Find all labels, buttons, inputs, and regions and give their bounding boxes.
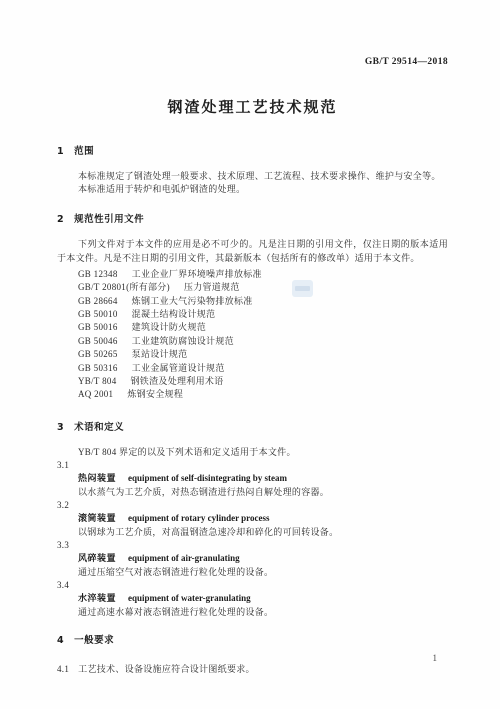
page-number: 1 [433,653,438,663]
term-name-zh: 热闷装置 [78,474,116,484]
reference-code: GB 12348 [78,269,118,279]
reference-code: YB/T 804 [78,376,117,386]
reference-item: AQ 2001炼钢安全规程 [78,388,448,401]
reference-list: GB 12348工业企业厂界环境噪声排放标准 GB/T 20801(所有部分)压… [57,268,448,402]
term-id: 3.1 [57,459,448,472]
reference-code: AQ 2001 [78,389,113,399]
term-name-line: 热闷装置equipment of self-disintegrating by … [57,472,448,486]
document-title: 钢渣处理工艺技术规范 [57,96,448,117]
reference-name: 炼钢安全规程 [127,389,183,399]
term-definition: 通过高速水幕对液态钢渣进行粒化处理的设备。 [57,606,448,619]
reference-code: GB 50316 [78,363,118,373]
term-name-zh: 滚筒装置 [78,514,116,524]
reference-item: GB 28664炼钢工业大气污染物排放标准 [78,295,448,308]
reference-code: GB 50046 [78,336,118,346]
reference-item: GB 50010混凝土结构设计规范 [78,308,448,321]
reference-code: GB 50016 [78,322,118,332]
term-definition: 以钢球为工艺介质，对高温钢渣急速冷却和碎化的可回转设备。 [57,526,448,539]
reference-item: GB/T 20801(所有部分)压力管道规范 [78,281,448,294]
document-page: GB/T 29514—2018 钢渣处理工艺技术规范 1范围 本标准规定了钢渣处… [0,0,500,709]
page-content: GB/T 29514—2018 钢渣处理工艺技术规范 1范围 本标准规定了钢渣处… [57,0,448,676]
section-heading-references: 2规范性引用文件 [57,211,448,225]
watermark-stamp-glyphs [295,286,310,291]
term-name-zh: 风碎装置 [78,554,116,564]
reference-name: 工业企业厂界环境噪声排放标准 [132,269,262,279]
term-id: 3.3 [57,539,448,552]
reference-item: YB/T 804钢铁渣及处理利用术语 [78,375,448,388]
scope-paragraph-2: 本标准适用于转炉和电弧炉钢渣的处理。 [57,183,448,196]
term-definition: 以水蒸气为工艺介质，对热态钢渣进行热闷自解处理的容器。 [57,486,448,499]
section-title: 术语和定义 [74,422,124,433]
standard-code: GB/T 29514—2018 [57,0,448,67]
section-number: 4 [57,635,64,646]
reference-item: GB 50016建筑设计防火规范 [78,321,448,334]
reference-name: 工业金属管道设计规范 [132,363,225,373]
section-number: 2 [57,214,64,225]
requirement-item: 4.1工艺技术、设备设施应符合设计图纸要求。 [57,663,448,676]
scope-paragraph-1: 本标准规定了钢渣处理一般要求、技术原理、工艺流程、技术要求操作、维护与安全等。 [57,170,448,183]
reference-item: GB 50046工业建筑防腐蚀设计规范 [78,335,448,348]
reference-name: 建筑设计防火规范 [132,322,206,332]
term-name-en: equipment of self-disintegrating by stea… [128,473,287,483]
term-name-zh: 水淬装置 [78,594,116,604]
reference-code: GB/T 20801(所有部分) [78,282,170,292]
section-title: 规范性引用文件 [74,214,144,225]
term-entry: 3.4 水淬装置equipment of water-granulating 通… [57,579,448,619]
reference-name: 炼钢工业大气污染物排放标准 [132,296,253,306]
reference-name: 泵站设计规范 [132,349,188,359]
reference-code: GB 50010 [78,309,118,319]
reference-name: 混凝土结构设计规范 [132,309,216,319]
term-entry: 3.2 滚筒装置equipment of rotary cylinder pro… [57,499,448,539]
term-name-en: equipment of water-granulating [128,593,251,603]
reference-item: GB 50316工业金属管道设计规范 [78,362,448,375]
term-entry: 3.3 风碎装置equipment of air-granulating 通过压… [57,539,448,579]
term-name-en: equipment of air-granulating [128,553,240,563]
section-heading-general: 4一般要求 [57,632,448,646]
requirement-text: 工艺技术、设备设施应符合设计图纸要求。 [78,664,255,674]
term-name-line: 水淬装置equipment of water-granulating [57,592,448,606]
term-definition: 通过压缩空气对液态钢渣进行粒化处理的设备。 [57,566,448,579]
section-heading-terms: 3术语和定义 [57,419,448,433]
terms-intro: YB/T 804 界定的以及下列术语和定义适用于本文件。 [57,446,448,459]
term-name-en: equipment of rotary cylinder process [128,513,270,523]
term-id: 3.4 [57,579,448,592]
term-id: 3.2 [57,499,448,512]
section-heading-scope: 1范围 [57,143,448,157]
watermark-stamp [292,280,313,297]
section-number: 1 [57,146,64,157]
reference-code: GB 28664 [78,296,118,306]
section-title: 范围 [74,146,94,157]
reference-name: 工业建筑防腐蚀设计规范 [132,336,234,346]
term-name-line: 滚筒装置equipment of rotary cylinder process [57,512,448,526]
requirement-id: 4.1 [57,664,69,674]
term-entry: 3.1 热闷装置equipment of self-disintegrating… [57,459,448,499]
term-name-line: 风碎装置equipment of air-granulating [57,552,448,566]
reference-name: 钢铁渣及处理利用术语 [131,376,224,386]
reference-name: 压力管道规范 [184,282,240,292]
section-number: 3 [57,422,64,433]
section-title: 一般要求 [74,635,114,646]
reference-item: GB 12348工业企业厂界环境噪声排放标准 [78,268,448,281]
reference-item: GB 50265泵站设计规范 [78,348,448,361]
reference-code: GB 50265 [78,349,118,359]
references-intro: 下列文件对于本文件的应用是必不可少的。凡是注日期的引用文件，仅注日期的版本适用于… [57,238,448,264]
